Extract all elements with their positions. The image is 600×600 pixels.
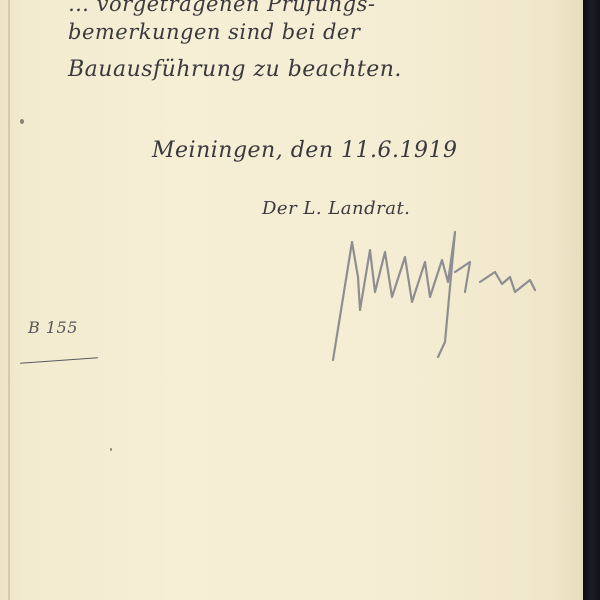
- reference-underline: [20, 357, 98, 363]
- text-line-3: Bauausführung zu beachten.: [68, 57, 402, 82]
- text-line-1: … vorgetragenen Prüfungs-: [68, 0, 375, 16]
- reference-mark: B 155: [28, 318, 78, 337]
- text-line-2: bemerkungen sind bei der: [68, 20, 360, 44]
- paper-stain: [20, 119, 24, 124]
- paper-stain: [110, 448, 112, 451]
- place-and-date: Meiningen, den 11.6.1919: [152, 138, 457, 163]
- signature: [330, 222, 580, 362]
- on-behalf-line: Der L. Landrat.: [262, 198, 410, 219]
- document-page: … vorgetragenen Prüfungs- bemerkungen si…: [0, 0, 583, 600]
- background-edge: [583, 0, 600, 600]
- page-fold: [8, 0, 10, 600]
